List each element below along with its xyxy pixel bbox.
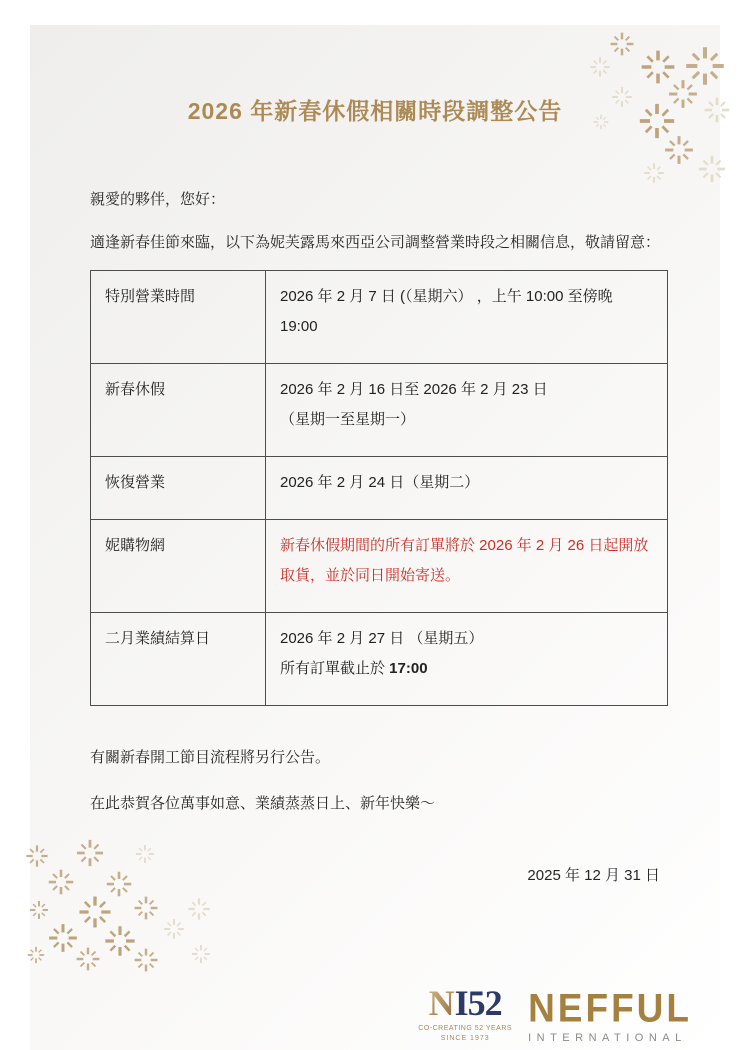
- sparkle-icon: [28, 899, 50, 921]
- sparkle-icon: [662, 133, 696, 167]
- ni52-anniversary-logo: NI52 CO-CREATING 52 YEARS SINCE 1973: [418, 984, 512, 1044]
- table-row: 恢復營業2026 年 2 月 24 日（星期二）: [91, 457, 668, 520]
- ni52-since: SINCE 1973: [418, 1035, 512, 1042]
- sparkle-icon: [588, 55, 612, 79]
- table-row: 新春休假2026 年 2 月 16 日至 2026 年 2 月 23 日（星期一…: [91, 364, 668, 457]
- table-row: 二月業績結算日2026 年 2 月 27 日 （星期五）所有訂單截止於 17:0…: [91, 613, 668, 706]
- brand-logos: NI52 CO-CREATING 52 YEARS SINCE 1973 NEF…: [418, 984, 692, 1044]
- row-label: 新春休假: [91, 364, 266, 457]
- nefful-logo: NEFFUL INTERNATIONAL: [528, 993, 692, 1044]
- row-label: 恢復營業: [91, 457, 266, 520]
- sparkle-icon: [682, 43, 728, 89]
- table-row: 妮購物網新春休假期間的所有訂單將於 2026 年 2 月 26 日起開放取貨，並…: [91, 520, 668, 613]
- greeting-text: 親愛的夥伴，您好：: [90, 189, 660, 211]
- sparkle-icon: [608, 30, 636, 58]
- nefful-wordmark: NEFFUL: [528, 990, 692, 1027]
- sparkle-icon: [190, 943, 212, 965]
- sparkle-icon: [642, 161, 666, 185]
- sparkle-icon: [46, 921, 80, 955]
- sparkle-icon: [666, 77, 700, 111]
- closing-note-1: 有關新春開工節目流程將另行公告。: [90, 747, 660, 769]
- sparkle-icon: [162, 917, 186, 941]
- document-page: 2026 年新春休假相關時段調整公告 親愛的夥伴，您好： 適逢新春佳節來臨，以下…: [30, 25, 720, 1050]
- sparkle-icon: [26, 945, 46, 965]
- sparkle-icon: [132, 894, 160, 922]
- ni52-tagline: CO-CREATING 52 YEARS: [418, 1025, 512, 1032]
- table-row: 特別營業時間2026 年 2 月 7 日 (（星期六） ，上午 10:00 至傍…: [91, 271, 668, 364]
- row-label: 特別營業時間: [91, 271, 266, 364]
- sparkle-icon: [74, 945, 102, 973]
- schedule-table: 特別營業時間2026 年 2 月 7 日 (（星期六） ，上午 10:00 至傍…: [90, 270, 668, 706]
- document-content: 親愛的夥伴，您好： 適逢新春佳節來臨，以下為妮芙露馬來西亞公司調整營業時段之相關…: [30, 189, 720, 887]
- sparkle-icon: [702, 95, 732, 125]
- sparkle-icon: [102, 923, 138, 959]
- sparkle-icon: [696, 153, 728, 185]
- closing-note-2: 在此恭賀各位萬事如意、業績蒸蒸日上、新年快樂～: [90, 793, 660, 815]
- ni52-mark: NI52: [418, 984, 512, 1022]
- intro-text: 適逢新春佳節來臨，以下為妮芙露馬來西亞公司調整營業時段之相關信息，敬請留意：: [90, 232, 660, 254]
- row-value: 2026 年 2 月 7 日 (（星期六） ，上午 10:00 至傍晚 19:0…: [266, 271, 668, 364]
- row-value-alert: 新春休假期間的所有訂單將於 2026 年 2 月 26 日起開放取貨，並於同日開…: [266, 520, 668, 613]
- row-value: 2026 年 2 月 16 日至 2026 年 2 月 23 日（星期一至星期一…: [266, 364, 668, 457]
- row-value: 2026 年 2 月 27 日 （星期五）所有訂單截止於 17:00: [266, 613, 668, 706]
- sparkle-icon: [76, 893, 114, 931]
- sparkle-icon: [638, 47, 678, 87]
- row-value: 2026 年 2 月 24 日（星期二）: [266, 457, 668, 520]
- sparkle-icon: [186, 896, 212, 922]
- nefful-international-label: INTERNATIONAL: [528, 1033, 692, 1044]
- issue-date: 2025 年 12 月 31 日: [90, 865, 660, 887]
- row-label: 妮購物網: [91, 520, 266, 613]
- row-label: 二月業績結算日: [91, 613, 266, 706]
- sparkle-icon: [132, 946, 160, 974]
- page-title: 2026 年新春休假相關時段調整公告: [90, 93, 660, 129]
